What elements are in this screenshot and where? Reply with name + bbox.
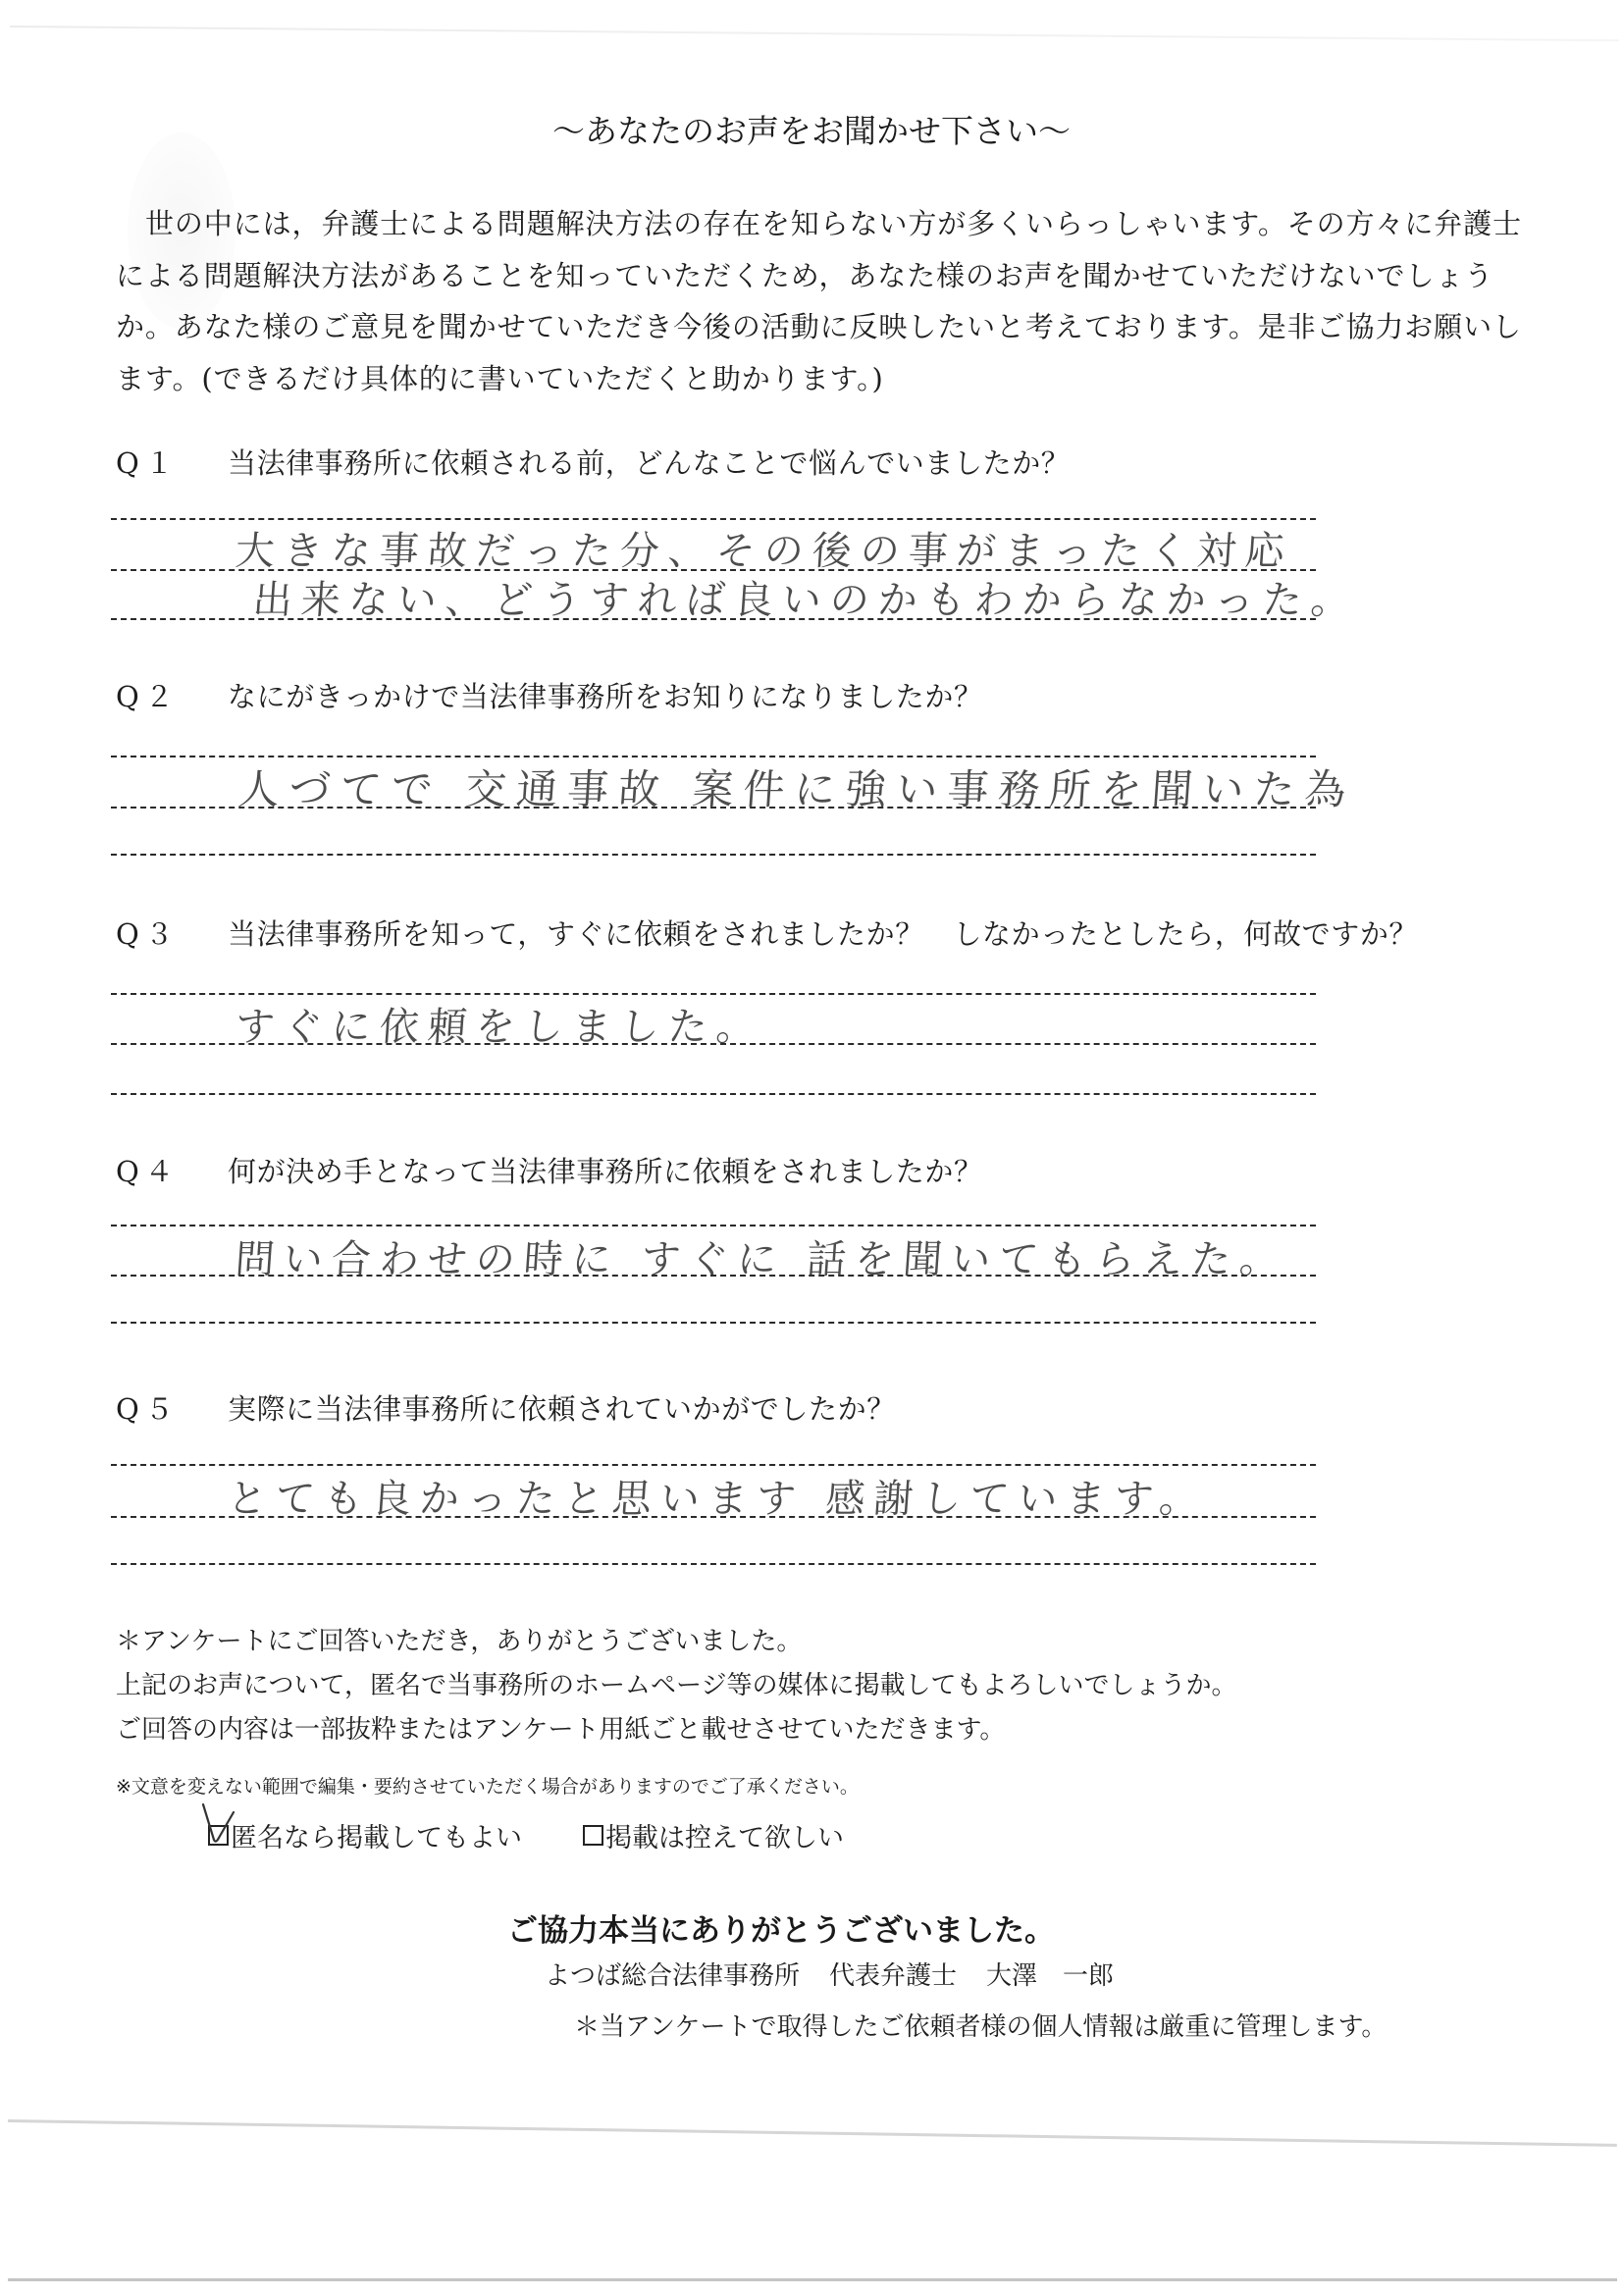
closing-thanks: ご協力本当にありがとうございました。 bbox=[507, 1905, 1055, 1950]
answer-line bbox=[111, 1093, 1316, 1095]
checkbox-decline[interactable] bbox=[583, 1825, 603, 1846]
firm-signature: よつば総合法律事務所代表弁護士大澤 一郎 bbox=[545, 1956, 1114, 1992]
publish-question: 上記のお声について，匿名で当事務所のホームページ等の媒体に掲載してもよろしいでし… bbox=[116, 1665, 1236, 1701]
thanks-note: ＊アンケートにご回答いただき，ありがとうございました。 bbox=[116, 1621, 802, 1657]
answer-line bbox=[111, 1225, 1316, 1226]
question-text: なにがきっかけで当法律事務所をお知りになりましたか？ bbox=[228, 680, 983, 713]
handwritten-answer[interactable]: すぐに依頼をしました。 bbox=[234, 996, 766, 1052]
question-number: Q４ bbox=[116, 1150, 228, 1190]
consent-label: 匿名なら掲載してもよい bbox=[231, 1816, 522, 1854]
question-number: Q３ bbox=[116, 913, 228, 953]
intro-line: ます。(できるだけ具体的に書いていただくと助かります。) bbox=[116, 353, 1509, 405]
consent-option-decline[interactable]: 掲載は控えて欲しい bbox=[583, 1816, 844, 1854]
question-5: Q５実際に当法律事務所に依頼されていかがでしたか？ bbox=[116, 1387, 896, 1428]
handwritten-answer[interactable]: 人づてで 交通事故 案件に強い事務所を聞いた為 bbox=[236, 757, 1358, 816]
question-1: Q１当法律事務所に依頼される前，どんなことで悩んでいましたか？ bbox=[116, 442, 1070, 482]
firm-name: よつば総合法律事務所 bbox=[545, 1961, 800, 1991]
intro-line: による問題解決方法があることを知っていただくため，あなた様のお声を聞かせていただ… bbox=[116, 250, 1509, 302]
privacy-note: ＊当アンケートで取得したご依頼者様の個人情報は厳重に管理します。 bbox=[574, 2007, 1387, 2043]
answer-line bbox=[111, 1322, 1316, 1324]
answer-line bbox=[111, 1464, 1316, 1466]
scan-fold-line bbox=[8, 2119, 1617, 2147]
answer-line bbox=[111, 1563, 1316, 1565]
checkbox-anonymous-ok[interactable] bbox=[208, 1825, 229, 1846]
intro-paragraph: 世の中には，弁護士による問題解決方法の存在を知らない方が多くいらっしゃいます。そ… bbox=[116, 198, 1509, 404]
answer-line bbox=[111, 854, 1316, 856]
handwritten-answer[interactable]: とても良かったと思います 感謝しています。 bbox=[226, 1468, 1210, 1524]
survey-page: 〜あなたのお声をお聞かせ下さい〜 世の中には，弁護士による問題解決方法の存在を知… bbox=[0, 0, 1623, 2296]
handwritten-answer[interactable]: 問い合わせの時に すぐに 話を聞いてもらえた。 bbox=[234, 1228, 1289, 1284]
publish-detail: ご回答の内容は一部抜粋またはアンケート用紙ごと載せさせていただきます。 bbox=[116, 1709, 1005, 1746]
intro-line: か。あなた様のご意見を聞かせていただき今後の活動に反映したいと考えております。是… bbox=[116, 301, 1509, 353]
page-title: 〜あなたのお声をお聞かせ下さい〜 bbox=[0, 106, 1623, 152]
representative-name: 大澤 一郎 bbox=[986, 1961, 1114, 1991]
edit-notice: ※文意を変えない範囲で編集・要約させていただく場合がありますのでご了承ください。 bbox=[116, 1772, 859, 1799]
question-text: 当法律事務所に依頼される前，どんなことで悩んでいましたか？ bbox=[228, 446, 1070, 480]
question-text: 当法律事務所を知って，すぐに依頼をされましたか？ しなかったとしたら，何故ですか… bbox=[228, 917, 1418, 951]
answer-line bbox=[111, 993, 1316, 995]
question-number: Q５ bbox=[116, 1387, 228, 1428]
consent-label: 掲載は控えて欲しい bbox=[605, 1816, 844, 1854]
handwritten-answer[interactable]: 大きな事故だった分、その後の事がまったく対応 bbox=[234, 520, 1295, 576]
question-number: Q１ bbox=[116, 442, 228, 482]
question-4: Q４何が決め手となって当法律事務所に依頼をされましたか？ bbox=[116, 1150, 983, 1190]
scan-edge-line bbox=[10, 26, 1619, 41]
scan-edge-line bbox=[8, 2278, 1617, 2281]
question-text: 実際に当法律事務所に依頼されていかがでしたか？ bbox=[228, 1392, 896, 1426]
question-number: Q２ bbox=[116, 675, 228, 715]
intro-line: 世の中には，弁護士による問題解決方法の存在を知らない方が多くいらっしゃいます。そ… bbox=[116, 198, 1509, 250]
question-text: 何が決め手となって当法律事務所に依頼をされましたか？ bbox=[228, 1155, 983, 1188]
representative-title: 代表弁護士 bbox=[829, 1961, 957, 1991]
handwritten-answer[interactable]: 出来ない、どうすれば良いのかもわからなかった。 bbox=[251, 569, 1361, 625]
question-2: Q２なにがきっかけで当法律事務所をお知りになりましたか？ bbox=[116, 675, 983, 715]
consent-option-anonymous-ok[interactable]: 匿名なら掲載してもよい bbox=[208, 1816, 522, 1854]
publish-consent-options: 匿名なら掲載してもよい 掲載は控えて欲しい bbox=[208, 1816, 844, 1854]
question-3: Q３当法律事務所を知って，すぐに依頼をされましたか？ しなかったとしたら，何故で… bbox=[116, 913, 1418, 953]
